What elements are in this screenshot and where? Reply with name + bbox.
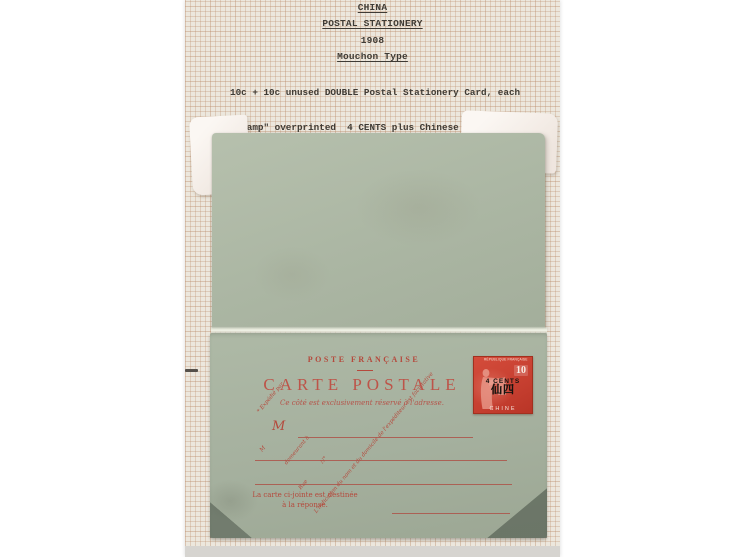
postcard-title: CARTE POSTALE [242, 375, 482, 395]
page-canvas: CHINA POSTAL STATIONERY 1908 Mouchon Typ… [0, 0, 740, 557]
address-line [255, 460, 507, 461]
stamp-country-bottom: CHINE [474, 406, 532, 412]
address-prefix: M [272, 419, 285, 434]
dark-corner-bottom-left [210, 502, 252, 538]
photo-bottom-edge [185, 546, 560, 557]
reply-note: La carte ci-jointe est destinée à la rép… [230, 491, 380, 510]
postcard-upper-half [212, 133, 545, 329]
service-name: POSTE FRANÇAISE [284, 355, 444, 364]
postcard-fold-edge [211, 326, 547, 334]
caption-type: Mouchon Type [185, 51, 560, 62]
stamp-overprint: 4 CENTS 仙四 [474, 378, 532, 396]
overprint-chinese: 仙四 [474, 385, 532, 396]
service-underline [357, 370, 373, 371]
reply-note-line: La carte ci-jointe est destinée [230, 491, 380, 501]
postcard-subtitle: Ce côté est exclusivement réservé à l'ad… [242, 399, 482, 407]
caption-category: POSTAL STATIONERY [185, 18, 560, 29]
dark-corner-bottom-right [487, 488, 547, 538]
address-line [298, 437, 473, 438]
postcard-lower-half: * Expédié par M demeurant à Rue N° L'ind… [210, 333, 547, 538]
imprinted-stamp: RÉPUBLIQUE FRANÇAISE 10 4 CENTS 仙四 CHINE [473, 356, 533, 414]
album-page-photo: CHINA POSTAL STATIONERY 1908 Mouchon Typ… [185, 0, 560, 557]
margin-tick-mark [185, 369, 198, 372]
stamp-country-top: RÉPUBLIQUE FRANÇAISE [484, 358, 522, 362]
address-line [255, 484, 512, 485]
caption-country: CHINA [185, 2, 560, 13]
stamp-denomination: 10 [514, 365, 528, 376]
reply-note-line: à la réponse. [230, 501, 380, 511]
description-line: 10c + 10c unused DOUBLE Postal Stationer… [185, 87, 560, 99]
caption-year: 1908 [185, 35, 560, 46]
